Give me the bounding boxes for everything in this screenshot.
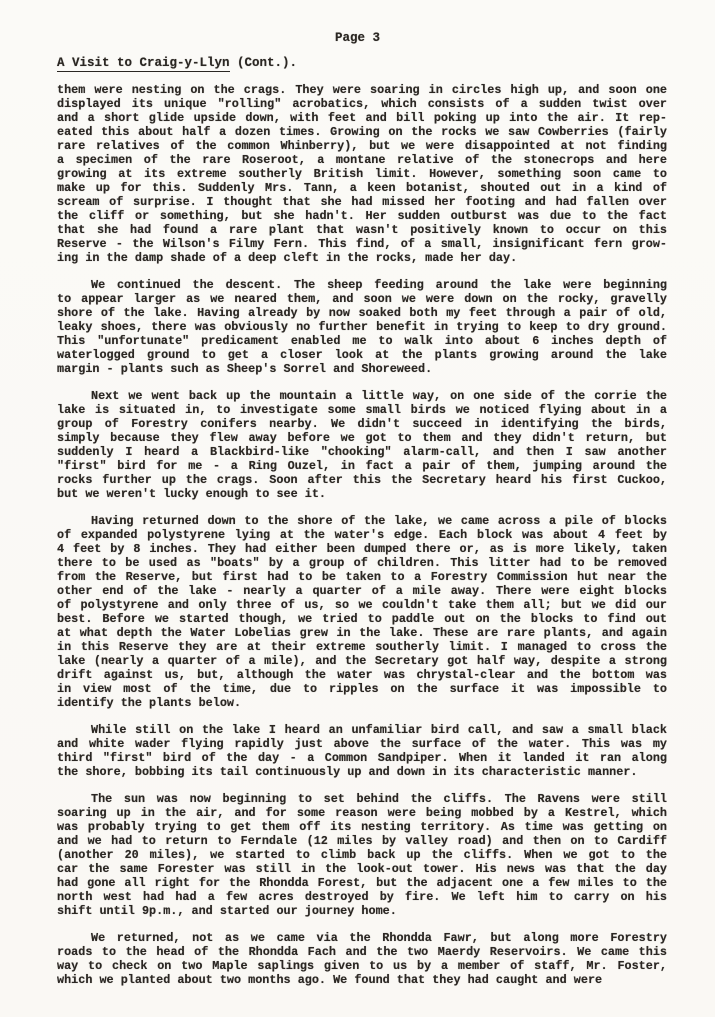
text-line: make up for this. Suddenly Mrs. Tann, a … — [57, 181, 667, 195]
paragraph: Having returned down to the shore of the… — [57, 514, 667, 710]
text-line: in view most of the time, due to ripples… — [57, 682, 667, 696]
text-line: but we weren't lucky enough to see it. — [57, 487, 667, 501]
text-line: leaky shoes, there was obviously no furt… — [57, 320, 667, 334]
text-line: third "first" bird of the day - a Common… — [57, 751, 667, 765]
article-title-underlined: A Visit to Craig-y-Llyn — [57, 56, 230, 72]
text-line: had gone all right for the Rhondda Fores… — [57, 876, 667, 890]
text-line: the shore, bobbing its tail continuously… — [57, 765, 667, 779]
text-line: of polystyrene and only three of us, so … — [57, 598, 667, 612]
article-title: A Visit to Craig-y-Llyn (Cont.). — [57, 55, 297, 71]
text-line: a specimen of the rare Roseroot, a monta… — [57, 153, 667, 167]
text-line: Next we went back up the mountain a litt… — [57, 389, 667, 403]
text-line: scream of surprise. I thought that she h… — [57, 195, 667, 209]
text-line: Reserve - the Wilson's Filmy Fern. This … — [57, 237, 667, 251]
text-line: to appear larger as we neared them, and … — [57, 292, 667, 306]
text-line: and a short glide upside down, with feet… — [57, 111, 667, 125]
text-line: 4 feet by 8 inches. They had either been… — [57, 542, 667, 556]
text-line: rocks further up the crags. Soon after t… — [57, 473, 667, 487]
text-line: lake is situated in, to investigate some… — [57, 403, 667, 417]
text-line: eated this about half a dozen times. Gro… — [57, 125, 667, 139]
text-line: While still on the lake I heard an unfam… — [57, 723, 667, 737]
text-line: car the same Forester was still in the l… — [57, 862, 667, 876]
text-line: the cliff or something, but she hadn't. … — [57, 209, 667, 223]
text-line: of expanded polystyrene lying at the wat… — [57, 528, 667, 542]
text-line: We returned, not as we came via the Rhon… — [57, 931, 667, 945]
paragraph: We continued the descent. The sheep feed… — [57, 278, 667, 376]
text-line: in this Reserve they are at their extrem… — [57, 640, 667, 654]
text-line: Having returned down to the shore of the… — [57, 514, 667, 528]
text-line: (another 20 miles), we started to climb … — [57, 848, 667, 862]
text-line: way to check on two Maple saplings given… — [57, 959, 667, 973]
page-number: Page 3 — [0, 31, 715, 46]
paragraph: While still on the lake I heard an unfam… — [57, 723, 667, 779]
paragraph: The sun was now beginning to set behind … — [57, 792, 667, 918]
text-line: margin - plants such as Sheep's Sorrel a… — [57, 362, 667, 376]
text-line: identify the plants below. — [57, 696, 667, 710]
paragraph: We returned, not as we came via the Rhon… — [57, 931, 667, 987]
text-line: and we had to return to Ferndale (12 mil… — [57, 834, 667, 848]
text-line: and white wader flying rapidly just abov… — [57, 737, 667, 751]
text-line: displayed its unique "rolling" acrobatic… — [57, 97, 667, 111]
text-line: best. Before we started though, we tried… — [57, 612, 667, 626]
text-line: group of Forestry conifers nearby. We di… — [57, 417, 667, 431]
text-line: at what depth the Water Lobelias grew in… — [57, 626, 667, 640]
text-line: lake (nearly a quarter of a mile), and t… — [57, 654, 667, 668]
text-line: This "unfortunate" predicament enabled m… — [57, 334, 667, 348]
document-page: Page 3 A Visit to Craig-y-Llyn (Cont.). … — [0, 0, 715, 1017]
text-line: north west had had a few acres destroyed… — [57, 890, 667, 904]
document-body: them were nesting on the crags. They wer… — [57, 83, 667, 1000]
paragraph: them were nesting on the crags. They wer… — [57, 83, 667, 265]
text-line: was probably trying to get them off its … — [57, 820, 667, 834]
text-line: simply because they flew away before we … — [57, 431, 667, 445]
text-line: soaring up in the air, and for some reas… — [57, 806, 667, 820]
paragraph: Next we went back up the mountain a litt… — [57, 389, 667, 501]
text-line: "first" bird for me - a Ring Ouzel, in f… — [57, 459, 667, 473]
text-line: other end of the lake - nearly a quarter… — [57, 584, 667, 598]
text-line: roads to the head of the Rhondda Fach an… — [57, 945, 667, 959]
text-line: growing at its extreme southerly British… — [57, 167, 667, 181]
text-line: We continued the descent. The sheep feed… — [57, 278, 667, 292]
text-line: ing in the damp shade of a deep cleft in… — [57, 251, 667, 265]
text-line: which we planted about two months ago. W… — [57, 973, 667, 987]
text-line: there to be used as "boats" by a group o… — [57, 556, 667, 570]
text-line: shift until 9p.m., and started our journ… — [57, 904, 667, 918]
text-line: rare relatives of the common Whinberry),… — [57, 139, 667, 153]
text-line: waterlogged ground to get a closer look … — [57, 348, 667, 362]
text-line: The sun was now beginning to set behind … — [57, 792, 667, 806]
article-title-suffix: (Cont.). — [230, 56, 298, 70]
text-line: them were nesting on the crags. They wer… — [57, 83, 667, 97]
text-line: that she had found a rare plant that was… — [57, 223, 667, 237]
text-line: from the Reserve, but first had to be ta… — [57, 570, 667, 584]
text-line: suddenly I heard a Blackbird-like "chook… — [57, 445, 667, 459]
text-line: shore of the lake. Having already by now… — [57, 306, 667, 320]
text-line: drift against us, but, although the wate… — [57, 668, 667, 682]
